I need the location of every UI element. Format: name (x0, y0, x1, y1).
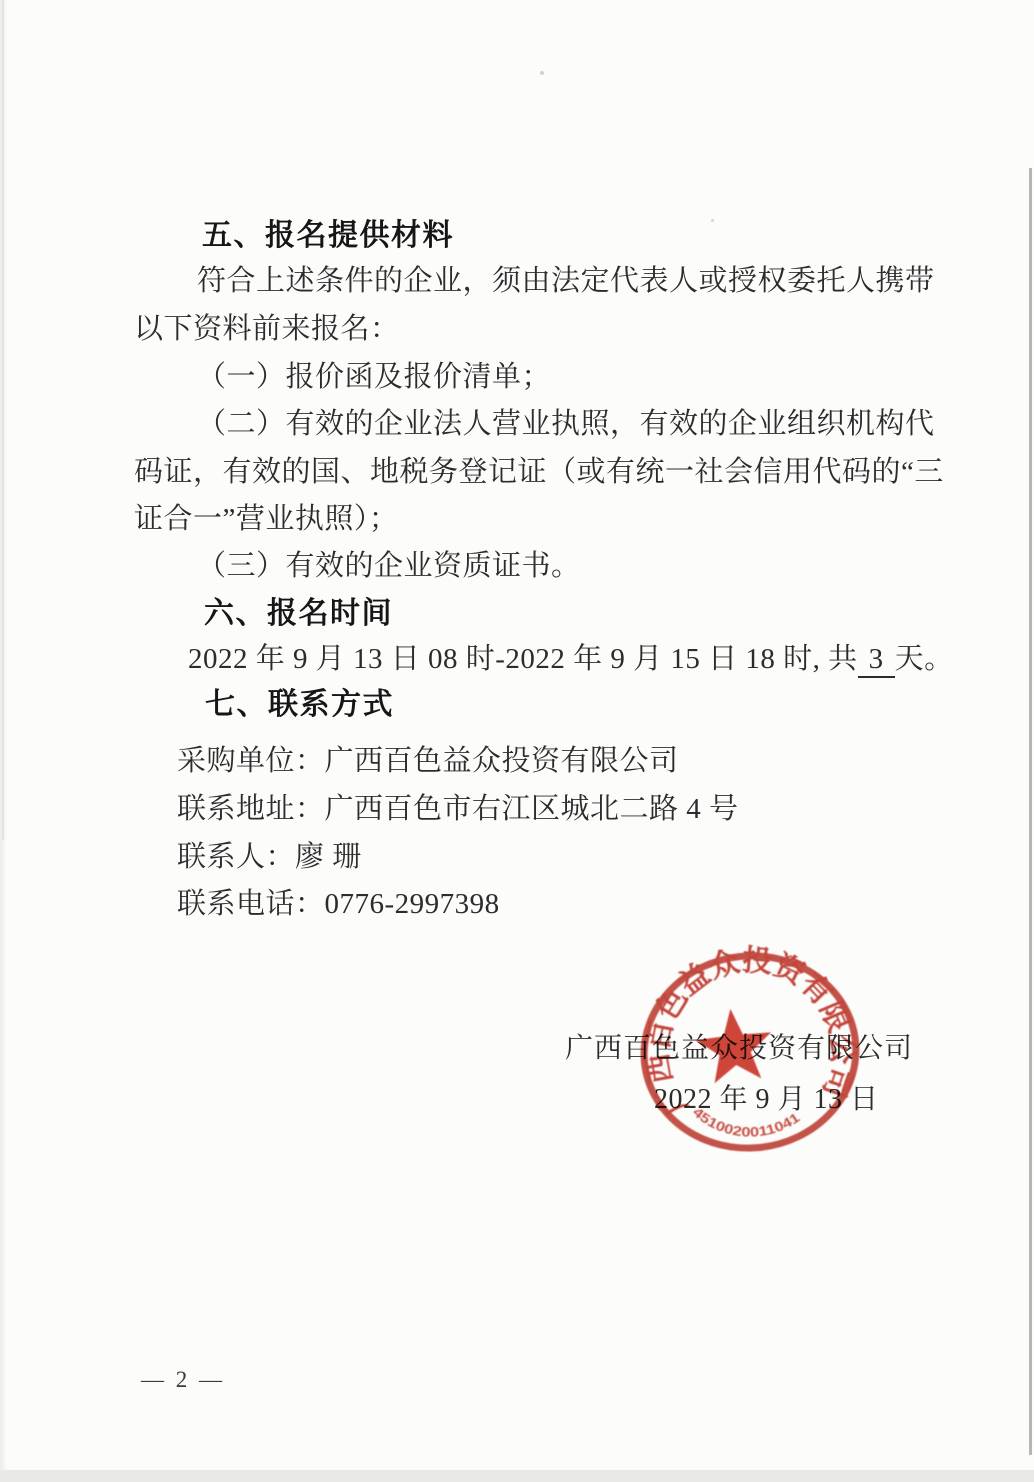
address-line: 联系地址：广西百色市右江区城北二路 4 号 (177, 792, 739, 827)
section6-time-line: 2022 年 9 月 13 日 08 时-2022 年 9 月 15 日 18 … (188, 642, 954, 678)
signature-company: 广西百色益众投资有限公司 (565, 1032, 913, 1066)
time-text-suffix: 天。 (895, 643, 954, 675)
document-page: 五、报名提供材料 符合上述条件的企业，须由法定代表人或授权委托人携带 以下资料前… (0, 0, 1034, 1482)
phone-line: 联系电话：0776-2997398 (177, 887, 500, 922)
section5-paragraph-line1: 符合上述条件的企业，须由法定代表人或授权委托人携带 (197, 264, 935, 299)
scan-speck (711, 219, 714, 222)
section5-item2-line1: （二）有效的企业法人营业执照，有效的企业组织机构代 (197, 407, 935, 442)
purchaser-line: 采购单位：广西百色益众投资有限公司 (177, 744, 679, 779)
section5-item1: （一）报价函及报价清单； (197, 360, 551, 395)
page-number: — 2 — (141, 1366, 225, 1394)
scan-left-edge-line (2, 0, 4, 840)
signature-date: 2022 年 9 月 13 日 (654, 1083, 879, 1117)
section7-heading: 七、联系方式 (205, 687, 394, 723)
section5-item2-line3: 证合一”营业执照）； (134, 502, 398, 537)
scan-speck (540, 71, 544, 75)
time-text-prefix: 2022 年 9 月 13 日 08 时-2022 年 9 月 15 日 18 … (188, 643, 858, 675)
section6-heading: 六、报名时间 (204, 596, 393, 632)
section5-paragraph-line2: 以下资料前来报名： (134, 312, 400, 347)
scan-bottom-edge (0, 1470, 1034, 1482)
time-days-underlined: 3 (858, 645, 895, 678)
section5-item2-line2: 码证，有效的国、地税务登记证（或有统一社会信用代码的“三 (134, 455, 944, 490)
contact-person-line: 联系人：廖 珊 (177, 840, 362, 875)
section5-heading: 五、报名提供材料 (202, 218, 454, 254)
scan-right-edge-line (1029, 168, 1032, 1455)
section5-item3: （三）有效的企业资质证书。 (197, 549, 581, 584)
